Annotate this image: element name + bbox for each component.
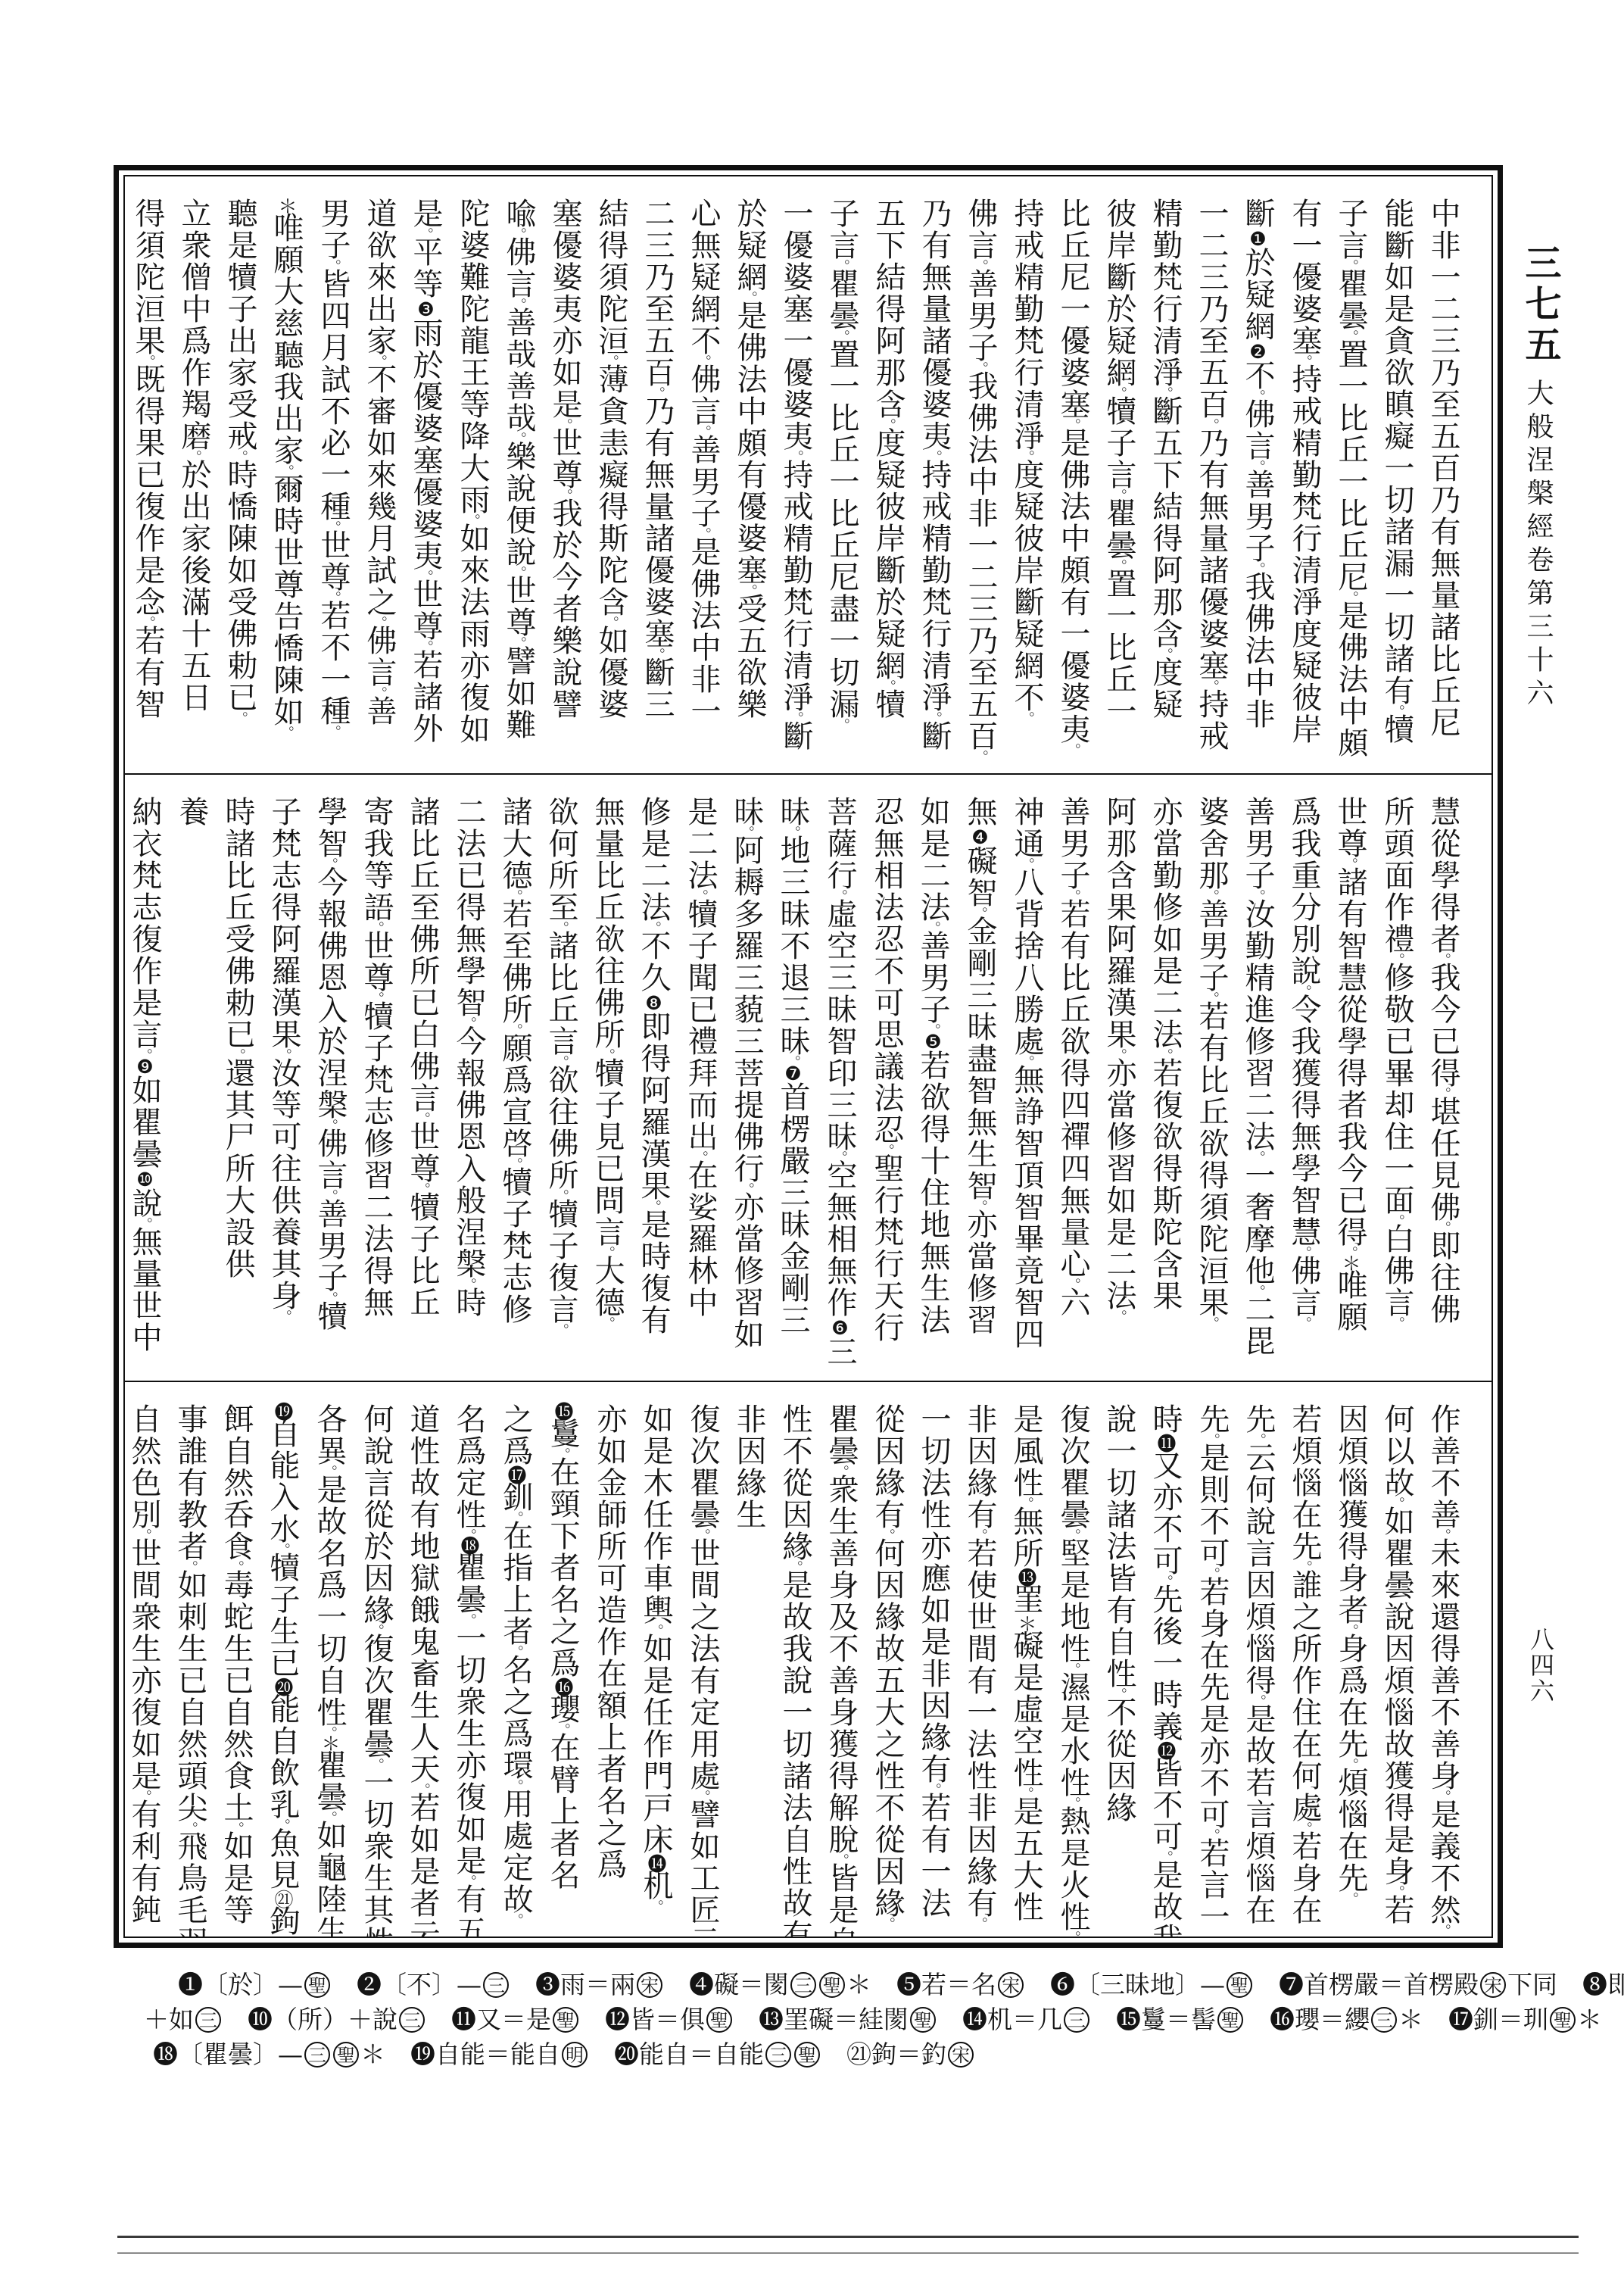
scan-edge-line-1 xyxy=(117,2236,1579,2238)
footnote-line-1: ❶〔於〕—聖 ❷〔不〕—三 ❸雨＝兩宋 ❹礙＝閡三聖＊ ❺若＝名宋 ❻〔三昧地〕… xyxy=(114,1968,1575,2002)
register-top: 中非一二三乃至五百乃有無量諸比丘尼 能斷如是貪欲瞋癡一切諸漏一切諸有。犢 子言。… xyxy=(125,176,1492,773)
register-bottom: 作善不善。未來還得善不善身。是義不然。 何以故。如瞿曇說因煩惱故獲得是身。若 因… xyxy=(125,1382,1492,1938)
page-frame-inner: 中非一二三乃至五百乃有無量諸比丘尼 能斷如是貪欲瞋癡一切諸漏一切諸有。犢 子言。… xyxy=(123,175,1493,1938)
footnote-line-3: ⓲〔瞿曇〕—三聖＊ ⓳自能＝能自明 ⓴能自＝自能三聖 ㉑鉤＝釣宋 xyxy=(114,2037,1575,2072)
page-right-margin: 三七五 大般涅槃經卷第三十六 八四六 xyxy=(1508,0,1599,2272)
footnote-apparatus: ❶〔於〕—聖 ❷〔不〕—三 ❸雨＝兩宋 ❹礙＝閡三聖＊ ❺若＝名宋 ❻〔三昧地〕… xyxy=(114,1968,1575,2072)
footnote-line-2: ＋如三 ❿（所）＋說三 ⓫又＝是聖 ⓬皆＝俱聖 ⓭罣礙＝絓閡聖 ⓮机＝几三 ⓯鬘… xyxy=(114,2002,1575,2037)
scan-edge-line-2 xyxy=(117,2252,1579,2254)
register-middle-text: 慧從學得者。我今已得。堪任見佛。即往佛 所頭面作禮。修敬已畢却住一面。白佛言。 … xyxy=(125,796,1466,1362)
register-top-text: 中非一二三乃至五百乃有無量諸比丘尼 能斷如是貪欲瞋癡一切諸漏一切諸有。犢 子言。… xyxy=(125,198,1466,764)
margin-page-number: 八四六 xyxy=(1523,1627,1558,1704)
margin-text-number: 三七五 xyxy=(1514,244,1566,367)
register-middle: 慧從學得者。我今已得。堪任見佛。即往佛 所頭面作禮。修敬已畢却住一面。白佛言。 … xyxy=(125,775,1492,1381)
register-bottom-text: 作善不善。未來還得善不善身。是義不然。 何以故。如瞿曇說因煩惱故獲得是身。若 因… xyxy=(125,1403,1466,1930)
margin-sutra-title: 大般涅槃經卷第三十六 xyxy=(1519,379,1557,712)
page-frame: 中非一二三乃至五百乃有無量諸比丘尼 能斷如是貪欲瞋癡一切諸漏一切諸有。犢 子言。… xyxy=(114,165,1503,1948)
